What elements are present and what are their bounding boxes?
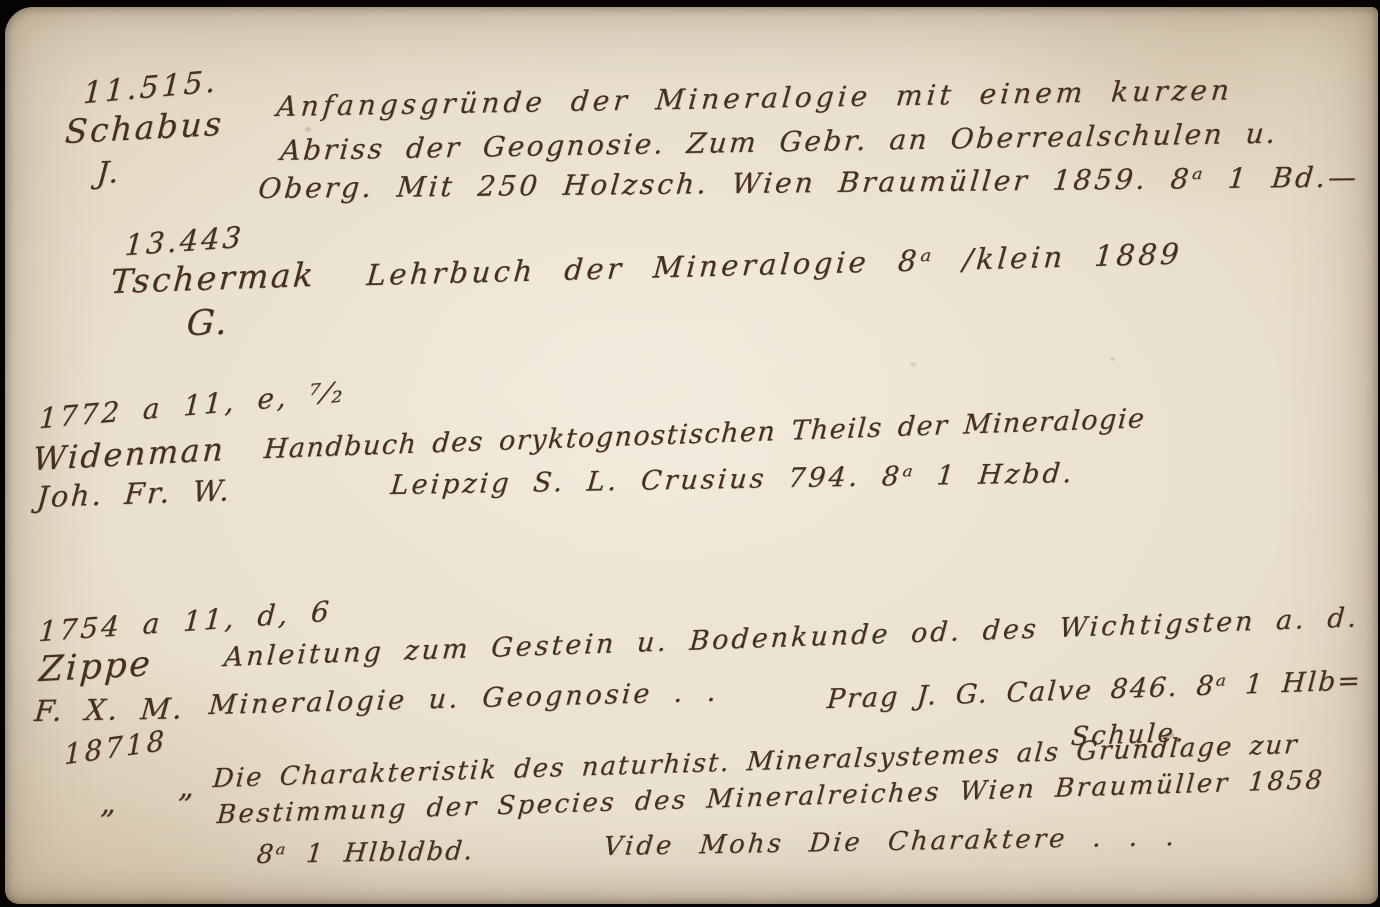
author-initials: J. <box>96 155 123 191</box>
ink-speck <box>1110 357 1115 361</box>
author-name: Zippe <box>38 644 153 690</box>
author-initials: F. X. M. <box>33 691 186 728</box>
ink-speck <box>305 127 311 132</box>
author-initials: Joh. Fr. W. <box>36 473 233 514</box>
line-ditto-mark: „ <box>178 770 196 805</box>
entry-line: 8ᵃ 1 Hlbldbd. <box>255 836 475 870</box>
author-initials: G. <box>185 303 231 345</box>
author-name: Tschermak <box>109 255 317 301</box>
ink-speck <box>910 362 917 367</box>
author-ditto-mark: „ <box>100 786 118 821</box>
